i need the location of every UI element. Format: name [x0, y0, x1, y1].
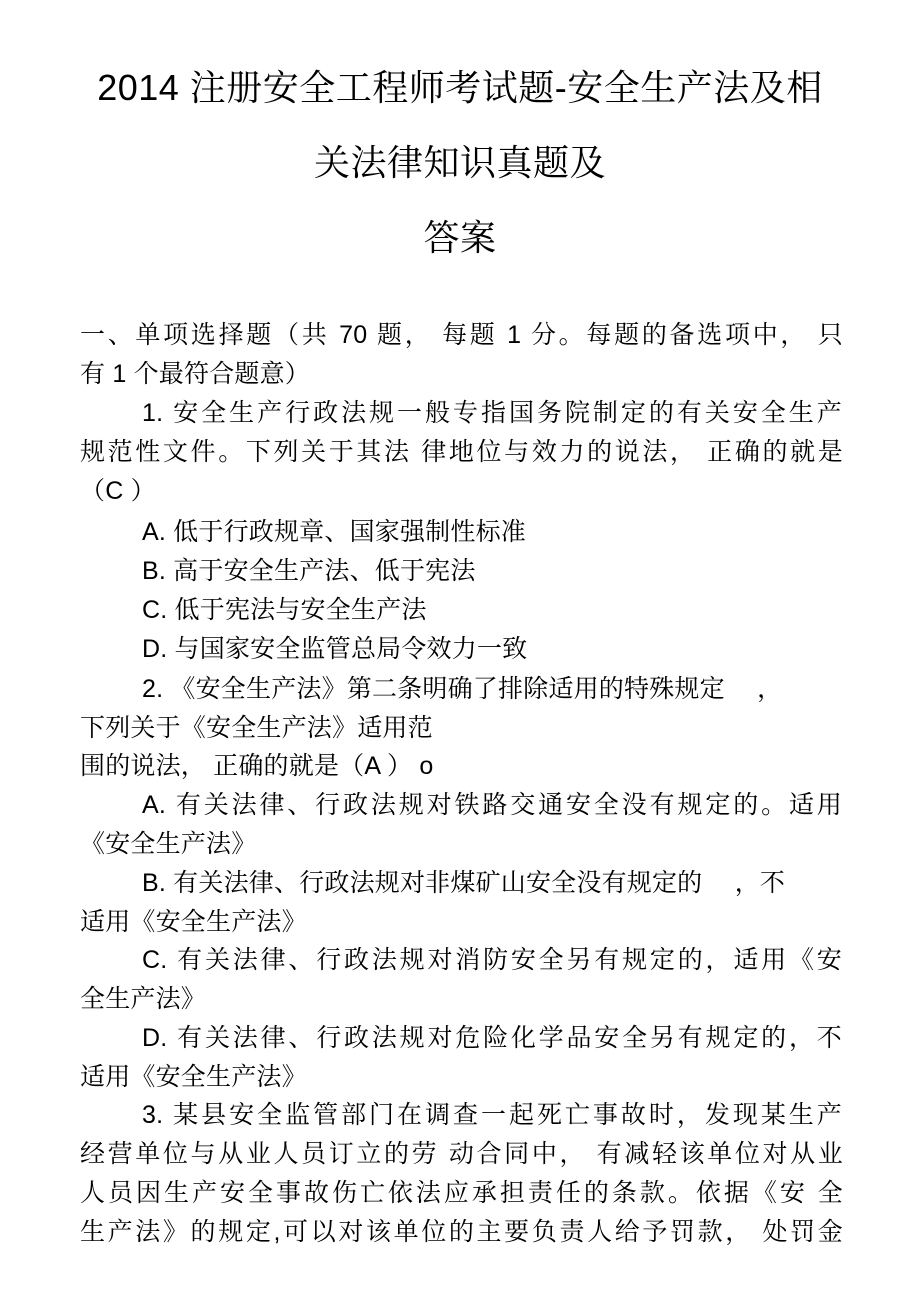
question-1-stem-line-1: 1. 安全生产行政法规一般专指国务院制定的有关安全生产 [142, 397, 842, 429]
question-3-stem-line-1: 3. 某县安全监管部门在调查一起死亡事故时，发现某生产 [142, 1099, 842, 1131]
question-2-option-d-line-1: D. 有关法律、行政法规对危险化学品安全另有规定的，不 [142, 1022, 842, 1054]
question-1-answer: （C ） [80, 475, 850, 507]
question-2-stem-line-1: 2. 《安全生产法》第二条明确了排除适用的特殊规定 ， [142, 673, 842, 705]
question-2-option-d-line-2: 适用《安全生产法》 [80, 1061, 850, 1093]
question-3-stem-line-3: 人员因生产安全事故伤亡依法应承担责任的条款。依据《安 全 [80, 1177, 843, 1209]
question-1-option-d: D. 与国家安全监管总局令效力一致 [142, 633, 912, 665]
question-2-option-a-line-1: A. 有关法律、行政法规对铁路交通安全没有规定的。适用 [142, 789, 842, 821]
question-2-option-b-line-1: B. 有关法律、行政法规对非煤矿山安全没有规定的 ，不 [142, 867, 912, 899]
section-heading-line-1: 一、单项选择题（共 70 题， 每题 1 分。每题的备选项中， 只 [80, 319, 843, 351]
question-1-option-c: C. 低于宪法与安全生产法 [142, 594, 912, 626]
document-page: 2014 注册安全工程师考试题-安全生产法及相 关法律知识真题及 答案 一、单项… [0, 0, 920, 1302]
question-2-stem-line-3: 围的说法， 正确的就是（A ） o [80, 750, 850, 782]
question-2-option-a-line-2: 《安全生产法》 [80, 828, 850, 860]
section-heading-line-2: 有 1 个最符合题意） [80, 358, 850, 390]
question-1-option-a: A. 低于行政规章、国家强制性标准 [142, 516, 912, 548]
document-title-line-1: 2014 注册安全工程师考试题-安全生产法及相 [0, 68, 920, 108]
document-title-line-3: 答案 [0, 218, 920, 258]
question-3-stem-line-2: 经营单位与从业人员订立的劳 动合同中， 有减轻该单位对从业 [80, 1138, 843, 1170]
question-1-stem-line-2: 规范性文件。下列关于其法 律地位与效力的说法， 正确的就是 [80, 436, 843, 468]
question-2-stem-line-2: 下列关于《安全生产法》适用范 [80, 712, 850, 744]
question-2-option-c-line-1: C. 有关法律、行政法规对消防安全另有规定的，适用《安 [142, 944, 842, 976]
question-3-stem-line-4: 生产法》的规定,可以对该单位的主要负责人给予罚款， 处罚金 [80, 1216, 843, 1248]
question-2-option-c-line-2: 全生产法》 [80, 983, 850, 1015]
question-1-option-b: B. 高于安全生产法、低于宪法 [142, 555, 912, 587]
document-title-line-2: 关法律知识真题及 [0, 143, 920, 183]
question-2-option-b-line-2: 适用《安全生产法》 [80, 906, 850, 938]
